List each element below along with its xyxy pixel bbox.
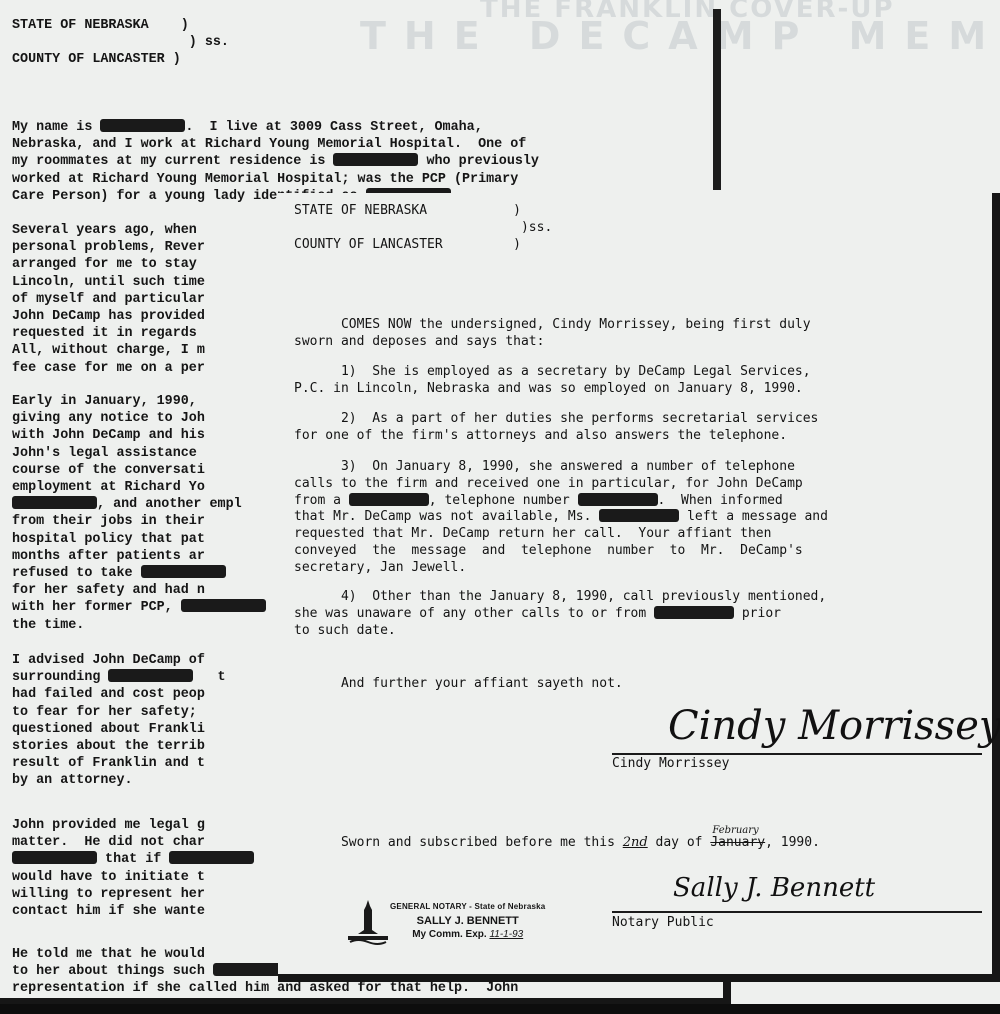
affidavit-item-2: 2) As a part of her duties she performs … bbox=[294, 411, 818, 445]
redaction-bar bbox=[12, 496, 97, 509]
letter-venue-header: STATE OF NEBRASKA ) ) ss.COUNTY OF LANCA… bbox=[12, 17, 229, 69]
affidavit-closing: And further your affiant sayeth not. bbox=[294, 676, 623, 693]
affiant-signature-line bbox=[612, 753, 982, 755]
redaction-bar bbox=[169, 851, 254, 864]
affidavit-venue-header: STATE OF NEBRASKA ) )ss.COUNTY OF LANCAS… bbox=[294, 203, 552, 253]
letter-paragraph: I advised John DeCamp ofsurrounding thad… bbox=[12, 652, 226, 790]
page-edge-bar bbox=[713, 9, 721, 190]
letter-paragraph: John provided me legal gmatter. He did n… bbox=[12, 817, 254, 920]
redaction-bar bbox=[599, 509, 679, 522]
affiant-signature: Cindy Morrissey bbox=[668, 703, 1000, 749]
notary-seal: GENERAL NOTARY - State of Nebraska SALLY… bbox=[348, 900, 558, 950]
letter-paragraph: Early in January, 1990,giving any notice… bbox=[12, 393, 266, 634]
redaction-bar bbox=[100, 119, 185, 132]
affidavit-item-3: 3) On January 8, 1990, she answered a nu… bbox=[294, 459, 828, 577]
redaction-bar bbox=[12, 851, 97, 864]
scan-bottom-edge bbox=[0, 1004, 1000, 1014]
jurat: Sworn and subscribed before me this 2nd … bbox=[294, 835, 820, 852]
affidavit-item-1: 1) She is employed as a secretary by DeC… bbox=[294, 364, 811, 398]
jurat-day: 2nd bbox=[623, 835, 648, 850]
redaction-bar bbox=[181, 599, 266, 612]
affiant-name: Cindy Morrissey bbox=[612, 756, 729, 773]
affidavit-intro: COMES NOW the undersigned, Cindy Morriss… bbox=[294, 317, 811, 351]
redaction-bar bbox=[654, 606, 734, 619]
redaction-bar bbox=[349, 493, 429, 506]
notary-signature-line bbox=[612, 911, 982, 913]
notary-signature: Sally J. Bennett bbox=[673, 873, 875, 903]
redaction-bar bbox=[141, 565, 226, 578]
jurat-month-handwritten: February bbox=[712, 823, 758, 840]
capitol-tower-icon bbox=[348, 900, 388, 946]
letter-bottom-frame bbox=[0, 974, 731, 1006]
notary-title: Notary Public bbox=[612, 915, 714, 932]
redaction-bar bbox=[578, 493, 658, 506]
affidavit-item-4: 4) Other than the January 8, 1990, call … bbox=[294, 589, 826, 639]
redaction-bar bbox=[333, 153, 418, 166]
affidavit-page: STATE OF NEBRASKA ) )ss.COUNTY OF LANCAS… bbox=[278, 193, 1000, 982]
letter-paragraph: Several years ago, whenpersonal problems… bbox=[12, 222, 205, 377]
redaction-bar bbox=[108, 669, 193, 682]
